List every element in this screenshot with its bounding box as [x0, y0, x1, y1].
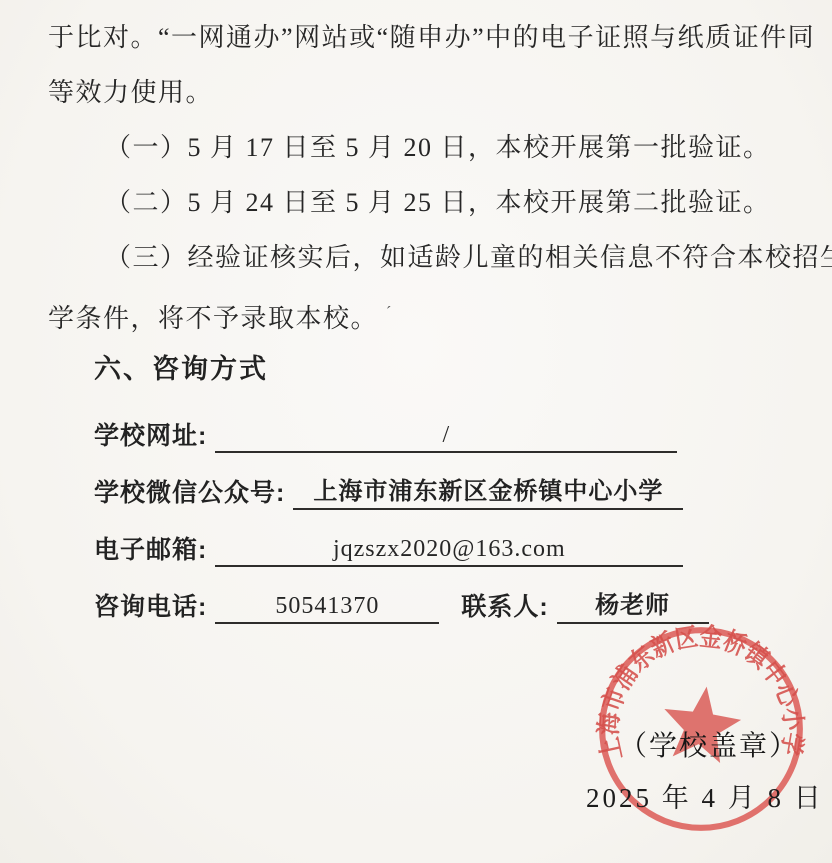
document-page: 于比对。“一网通办”网站或“随申办”中的电子证照与纸质证件同 等效力使用。 （一… [0, 0, 832, 863]
email-label: 电子邮箱: [94, 533, 215, 567]
body-line-item-2: （二）5 月 24 日至 5 月 25 日，本校开展第二批验证。 [48, 175, 788, 230]
email-field: jqzszx2020@163.com [215, 529, 683, 567]
wechat-value: 上海市浦东新区金桥镇中心小学 [313, 476, 663, 508]
stray-mark: ˊ [378, 304, 391, 321]
contact-person-value: 杨老师 [595, 590, 670, 622]
wechat-label: 学校微信公众号: [94, 476, 293, 510]
wechat-field: 上海市浦东新区金桥镇中心小学 [293, 472, 683, 510]
form-row-email: 电子邮箱: jqzszx2020@163.com [94, 510, 788, 567]
body-line: 等效力使用。 [48, 65, 788, 120]
contact-person-field: 杨老师 [557, 586, 709, 624]
body-line-item-3: （三）经验证核实后，如适龄儿童的相关信息不符合本校招生入 [48, 230, 788, 285]
seal-caption: （学校盖章） [619, 724, 799, 764]
form-row-website: 学校网址: / [94, 396, 788, 453]
contact-person-label: 联系人: [439, 590, 556, 624]
body-text: 于比对。“一网通办”网站或“随申办”中的电子证照与纸质证件同 等效力使用。 （一… [48, 10, 788, 624]
website-value: / [442, 419, 450, 451]
contact-form: 学校网址: / 学校微信公众号: 上海市浦东新区金桥镇中心小学 电子邮箱: jq… [48, 396, 788, 624]
email-value: jqzszx2020@163.com [333, 533, 566, 565]
phone-label: 咨询电话: [94, 590, 215, 624]
form-row-phone: 咨询电话: 50541370 联系人: 杨老师 [94, 567, 788, 624]
body-line: 于比对。“一网通办”网站或“随申办”中的电子证照与纸质证件同 [48, 10, 788, 65]
body-line-item-1: （一）5 月 17 日至 5 月 20 日，本校开展第一批验证。 [48, 120, 788, 175]
website-field: / [215, 415, 677, 453]
phone-field: 50541370 [215, 586, 439, 624]
document-date: 2025 年 4 月 8 日 [586, 776, 824, 815]
phone-value: 50541370 [275, 590, 379, 622]
body-line: 学条件，将不予录取本校。ˊ [48, 285, 788, 340]
form-row-wechat: 学校微信公众号: 上海市浦东新区金桥镇中心小学 [94, 453, 788, 510]
website-label: 学校网址: [94, 419, 215, 453]
section-heading: 六、咨询方式 [48, 348, 788, 390]
